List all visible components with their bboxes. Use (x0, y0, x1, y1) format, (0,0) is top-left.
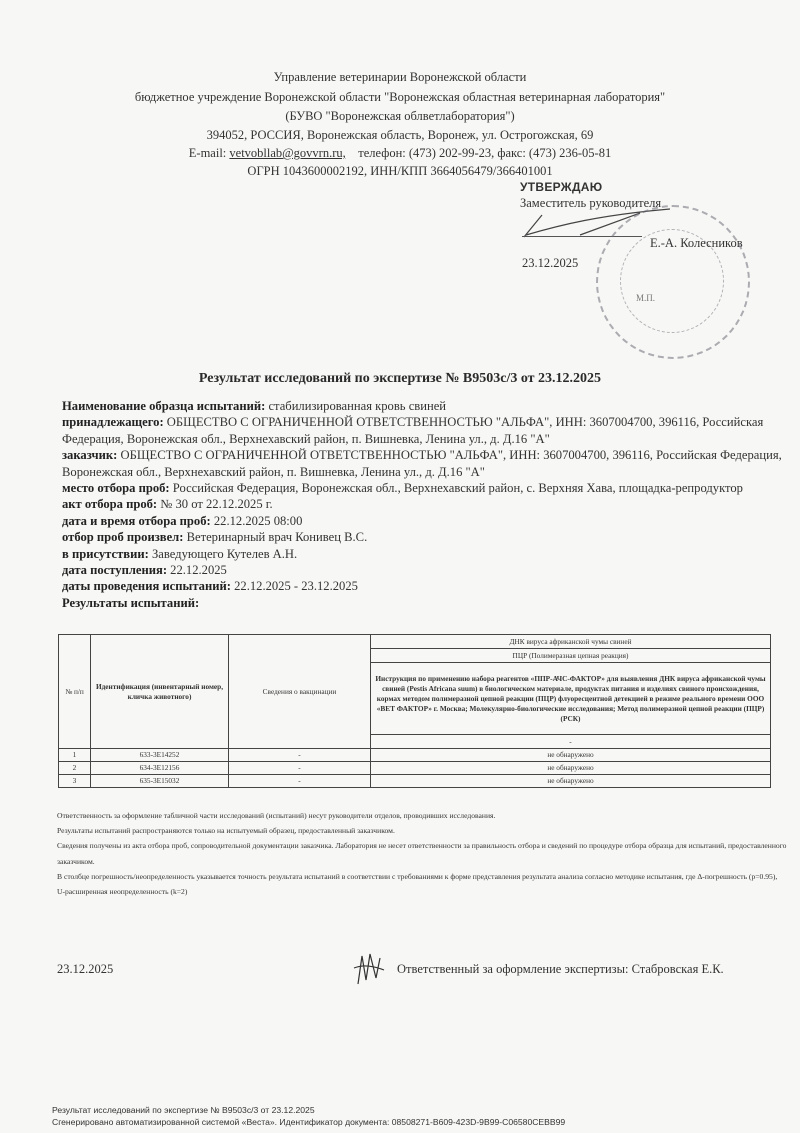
email-link[interactable]: vetvobllab@govvrn.ru, (229, 146, 345, 160)
note-scope: Результаты испытаний распространяются то… (57, 823, 787, 838)
row-result: не обнаружено (371, 775, 771, 788)
note-uncertainty: В столбце погрешность/неопределенность у… (57, 869, 787, 899)
stamp-mark: М.П. (636, 293, 655, 303)
row-result: не обнаружено (371, 749, 771, 762)
row-num: 3 (59, 775, 91, 788)
header-line-abbrev: (БУВО "Воронежская облветлаборатория") (0, 107, 800, 126)
sample-info: Наименование образца испытаний: стабилиз… (62, 398, 782, 611)
row-vaccination: - (229, 775, 371, 788)
responsible-person: Ответственный за оформление экспертизы: … (397, 962, 724, 977)
col-header-vaccination: Сведения о вакцинации (229, 635, 371, 749)
row-num: 2 (59, 762, 91, 775)
col-header-norm: - (371, 735, 771, 749)
field-receipt-date: дата поступления: 22.12.2025 (62, 562, 782, 578)
field-in-presence: в присутствии: Заведующего Кутелев А.Н. (62, 546, 782, 562)
col-header-num: № п/п (59, 635, 91, 749)
official-stamp-icon: М.П. (596, 205, 750, 359)
row-ident: 635-3E15032 (91, 775, 229, 788)
header-ogrn: ОГРН 1043600002192, ИНН/КПП 3664056479/3… (0, 162, 800, 181)
footer: Результат исследований по экспертизе № B… (52, 1104, 565, 1128)
col-header-method-short: ПЦР (Полимеразная цепная реакция) (371, 649, 771, 663)
field-sample-name: Наименование образца испытаний: стабилиз… (62, 398, 782, 414)
row-vaccination: - (229, 749, 371, 762)
approval-date: 23.12.2025 (522, 256, 578, 271)
row-ident: 634-3E12156 (91, 762, 229, 775)
field-test-dates: даты проведения испытаний: 22.12.2025 - … (62, 578, 782, 594)
approval-title: УТВЕРЖДАЮ (520, 180, 661, 194)
row-ident: 633-3E14252 (91, 749, 229, 762)
table-row: 3 635-3E15032 - не обнаружено (59, 775, 771, 788)
col-header-ident: Идентификация (инвентарный номер, кличка… (91, 635, 229, 749)
header-line-institution: бюджетное учреждение Воронежской области… (0, 88, 800, 107)
document-page: Управление ветеринарии Воронежской облас… (0, 0, 800, 1133)
row-result: не обнаружено (371, 762, 771, 775)
header-contacts: E-mail: vetvobllab@govvrn.ru, телефон: (… (0, 144, 800, 163)
footer-generated-by: Сгенерировано автоматизированной системо… (52, 1116, 565, 1128)
field-sampling-place: место отбора проб: Российская Федерация,… (62, 480, 782, 496)
footer-doc-ref: Результат исследований по экспертизе № B… (52, 1104, 565, 1116)
field-customer: заказчик: ОБЩЕСТВО С ОГРАНИЧЕННОЙ ОТВЕТС… (62, 447, 782, 480)
header-line-department: Управление ветеринарии Воронежской облас… (0, 68, 800, 87)
col-header-indicator: ДНК вируса африканской чумы свиней (371, 635, 771, 649)
document-title: Результат исследований по экспертизе № B… (0, 371, 800, 387)
table-row: 1 633-3E14252 - не обнаружено (59, 749, 771, 762)
notes-block: Ответственность за оформление табличной … (57, 808, 787, 899)
note-source: Сведения получены из акта отбора проб, с… (57, 838, 787, 868)
field-sampling-datetime: дата и время отбора проб: 22.12.2025 08:… (62, 513, 782, 529)
results-heading: Результаты испытаний: (62, 595, 782, 611)
email-label: E-mail: (189, 146, 227, 160)
row-num: 1 (59, 749, 91, 762)
table-row: 2 634-3E12156 - не обнаружено (59, 762, 771, 775)
field-sampled-by: отбор проб произвел: Ветеринарный врач К… (62, 529, 782, 545)
col-header-method-doc: Инструкция по применению набора реагенто… (371, 663, 771, 735)
field-owner: принадлежащего: ОБЩЕСТВО С ОГРАНИЧЕННОЙ … (62, 414, 782, 447)
responsible-signature-icon (350, 950, 390, 986)
phone-fax: телефон: (473) 202-99-23, факс: (473) 23… (358, 146, 611, 160)
results-table: № п/п Идентификация (инвентарный номер, … (58, 634, 771, 788)
row-vaccination: - (229, 762, 371, 775)
field-sampling-act: акт отбора проб: № 30 от 22.12.2025 г. (62, 496, 782, 512)
note-responsibility: Ответственность за оформление табличной … (57, 808, 787, 823)
signoff-date: 23.12.2025 (57, 962, 113, 977)
header-line-address: 394052, РОССИЯ, Воронежская область, Вор… (0, 126, 800, 145)
